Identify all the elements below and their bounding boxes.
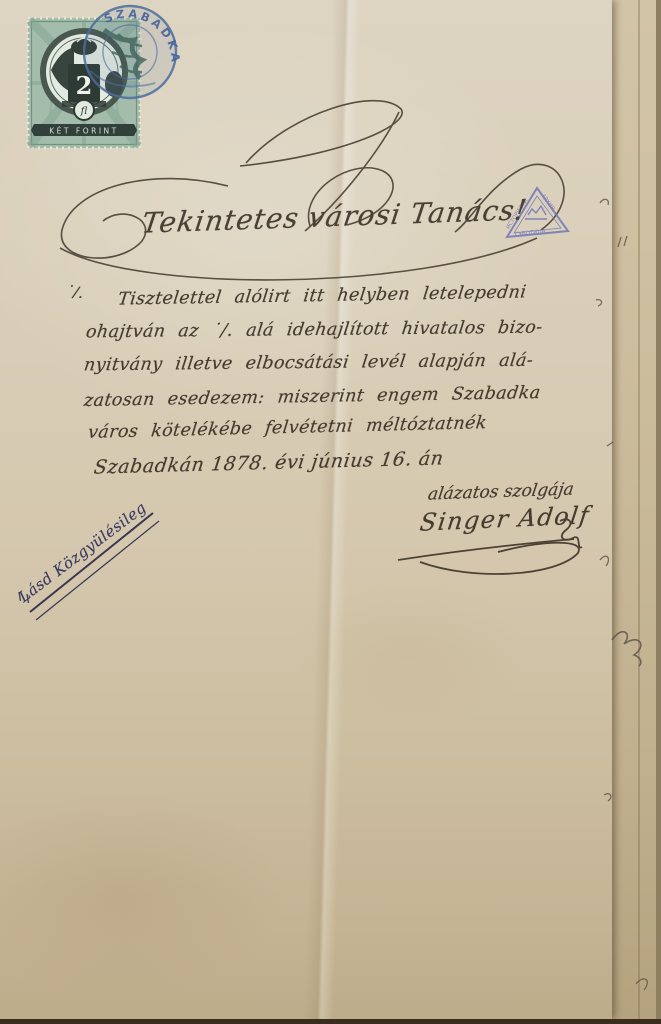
photo-bottom-edge — [0, 1019, 661, 1024]
document-photo: 2 fl KÉT FORINT SZABADKA — [0, 0, 661, 1024]
margin-reference-mark: ˙/. — [65, 282, 85, 302]
